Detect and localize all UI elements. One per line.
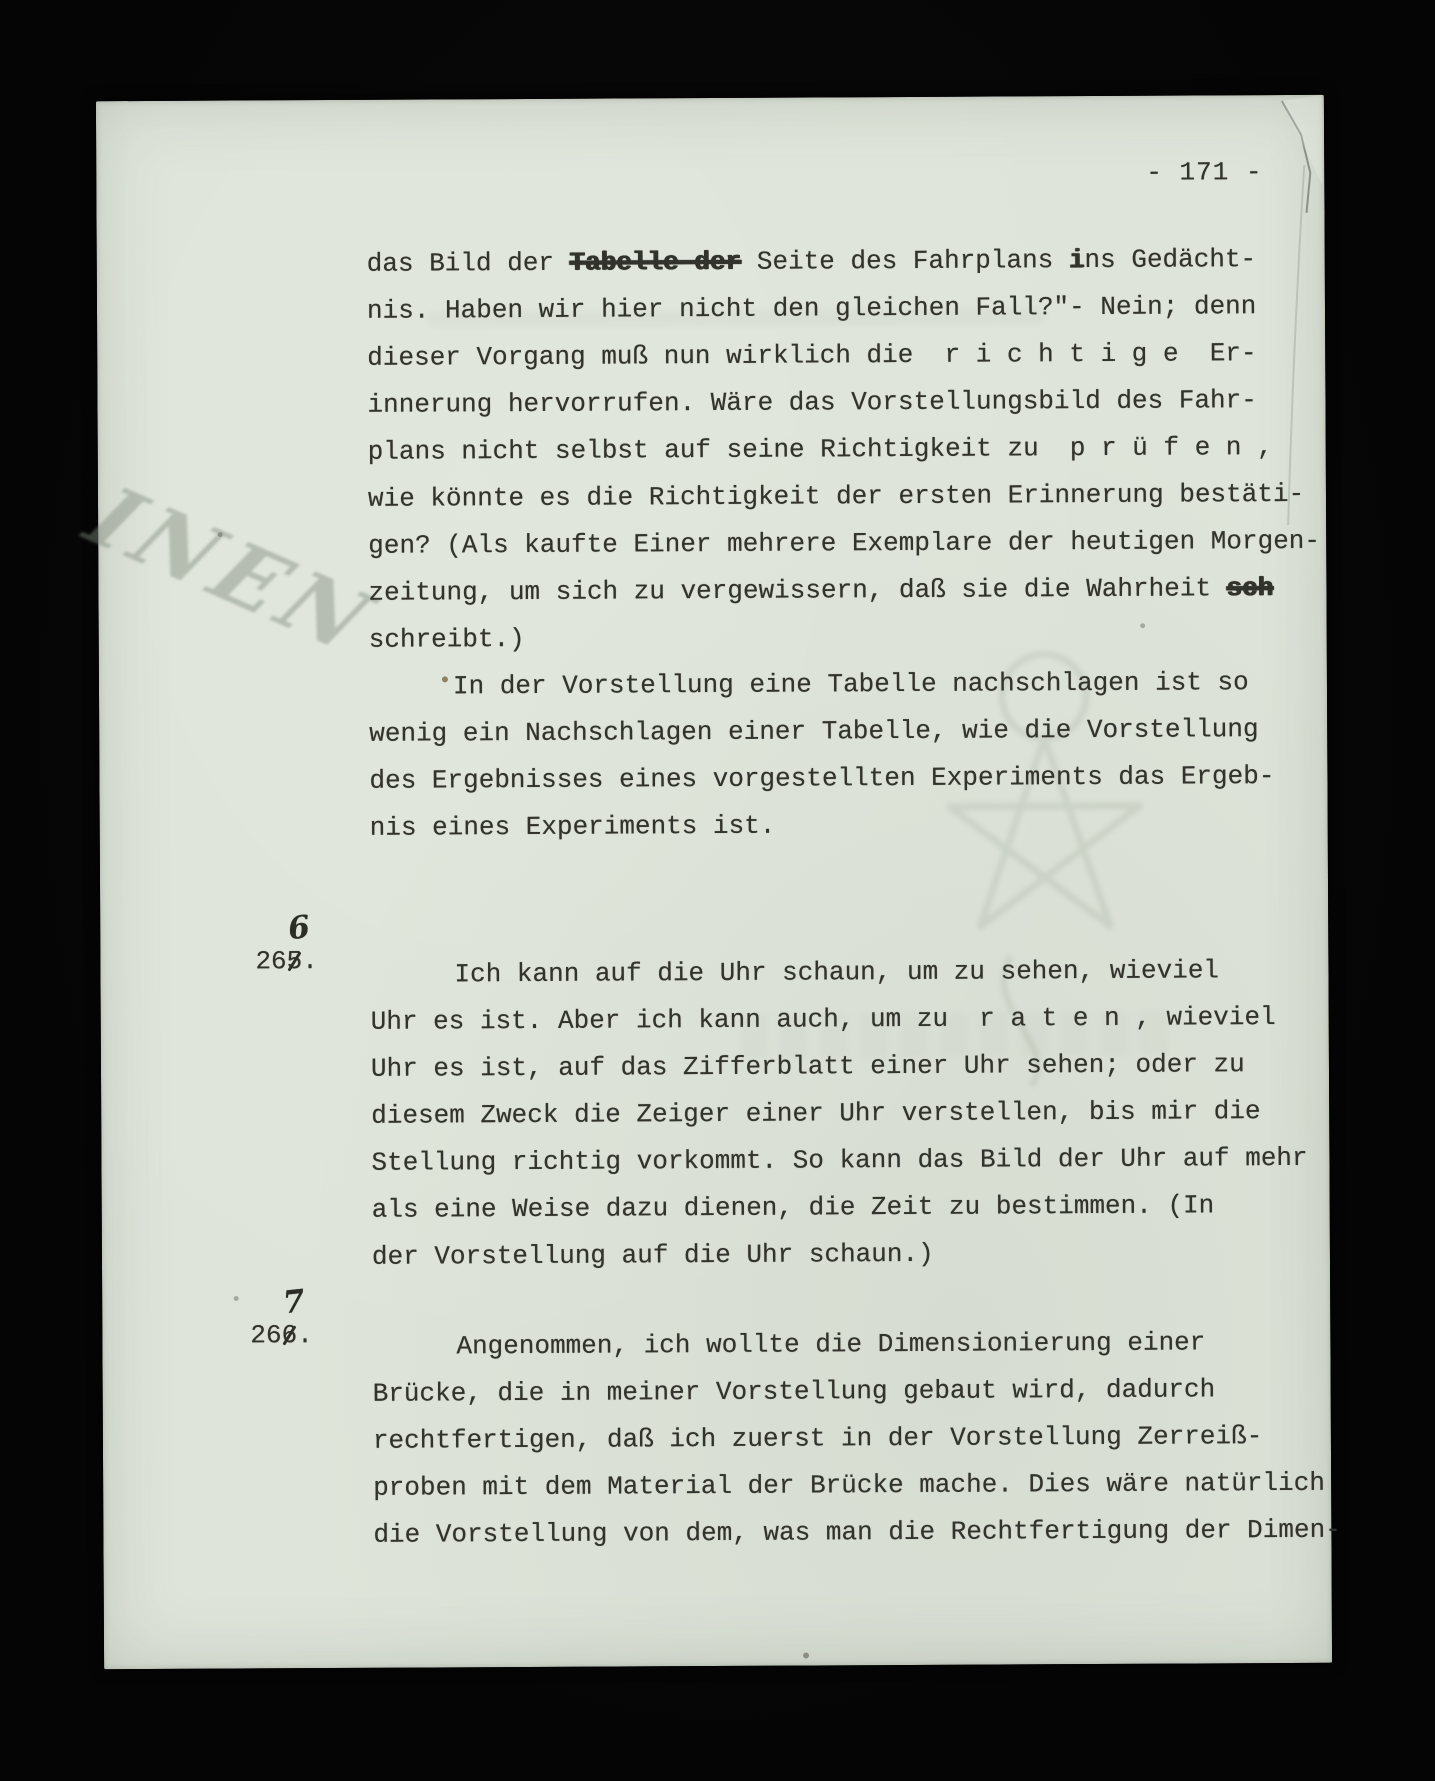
- text-segment: schreibt.): [369, 624, 525, 655]
- text-line: das Bild der Tabelle der Seite des Fahrp…: [367, 236, 1327, 288]
- text-line: als eine Weise dazu dienen, die Zeit zu …: [372, 1182, 1332, 1234]
- text-segment: Seite des Fahrplans: [741, 245, 1069, 277]
- text-line: Ich kann auf die Uhr schaun, um zu sehen…: [370, 947, 1330, 999]
- text-line: des Ergebnisses eines vorgestellten Expe…: [369, 753, 1329, 805]
- text-segment: diesem Zweck die Zeiger einer Uhr verste…: [371, 1096, 1261, 1131]
- text-segment: innerung hervorrufen. Wäre das Vorstellu…: [367, 385, 1257, 420]
- dust-specks: [96, 101, 100, 105]
- text-line: Stellung richtig vorkommt. So kann das B…: [371, 1135, 1331, 1187]
- struck-digit: 5: [287, 946, 303, 976]
- text-segment: nis. Haben wir hier nicht den gleichen F…: [367, 291, 1257, 326]
- text-segment: gen? (Als kaufte Einer mehrere Exemplare…: [368, 526, 1320, 561]
- page-number: - 171 -: [1146, 157, 1262, 188]
- text-segment: die Vorstellung von dem, was man die Rec…: [373, 1515, 1341, 1550]
- text-segment: als eine Weise dazu dienen, die Zeit zu …: [372, 1190, 1215, 1224]
- text-segment: Brücke, die in meiner Vorstellung gebaut…: [373, 1374, 1216, 1408]
- text-line: die Vorstellung von dem, was man die Rec…: [373, 1507, 1333, 1559]
- typescript-text: das Bild der Tabelle der Seite des Fahrp…: [367, 236, 1334, 1559]
- text-segment: In der Vorstellung eine Tabelle nachschl…: [453, 667, 1249, 701]
- struck-text: Tabelle der: [570, 247, 742, 278]
- text-segment: zeitung, um sich zu vergewissern, daß si…: [368, 573, 1226, 607]
- text-line: gen? (Als kaufte Einer mehrere Exemplare…: [368, 518, 1328, 570]
- text-segment: Uhr es ist. Aber ich kann auch, um zu r …: [371, 1002, 1276, 1037]
- text-segment: Stellung richtig vorkommt. So kann das B…: [371, 1143, 1307, 1178]
- text-segment: das Bild der: [367, 248, 570, 279]
- text-line: diesem Zweck die Zeiger einer Uhr verste…: [371, 1088, 1331, 1140]
- text-line: proben mit dem Material der Brücke mache…: [373, 1460, 1333, 1512]
- text-segment: dieser Vorgang muß nun wirklich die r i …: [367, 338, 1257, 373]
- text-line: In der Vorstellung eine Tabelle nachschl…: [369, 659, 1329, 711]
- text-segment: wie könnte es die Richtigkeit der ersten…: [368, 479, 1304, 514]
- overtype-text: i: [1069, 245, 1085, 275]
- text-line: Uhr es ist. Aber ich kann auch, um zu r …: [371, 994, 1331, 1046]
- text-line: Uhr es ist, auf das Zifferblatt einer Uh…: [371, 1041, 1331, 1093]
- text-line: nis eines Experiments ist.: [370, 800, 1330, 852]
- text-segment: plans nicht selbst auf seine Richtigkeit…: [368, 432, 1273, 467]
- margin-note-266: 7 266.: [250, 1320, 313, 1350]
- margin-note-265: 6 265.: [255, 946, 318, 976]
- text-segment: Angenommen, ich wollte die Dimensionieru…: [456, 1327, 1205, 1361]
- text-segment: wenig ein Nachschlagen einer Tabelle, wi…: [369, 714, 1259, 749]
- text-line: zeitung, um sich zu vergewissern, daß si…: [368, 565, 1328, 617]
- text-line: der Vorstellung auf die Uhr schaun.): [372, 1229, 1332, 1281]
- text-line: schreibt.): [369, 612, 1329, 664]
- text-segment: proben mit dem Material der Brücke mache…: [373, 1468, 1325, 1503]
- section-number-prefix: 26: [250, 1320, 281, 1350]
- section-number-period: .: [302, 946, 318, 976]
- text-segment: rechtfertigen, daß ich zuerst in der Vor…: [373, 1421, 1263, 1456]
- document-page: INEN - 171 - 6 265. 7 266. das Bild der …: [96, 95, 1332, 1669]
- text-segment: des Ergebnisses eines vorgestellten Expe…: [369, 761, 1274, 796]
- scan-background: INEN - 171 - 6 265. 7 266. das Bild der …: [0, 0, 1435, 1781]
- text-line: innerung hervorrufen. Wäre das Vorstellu…: [367, 377, 1327, 429]
- text-line: Angenommen, ich wollte die Dimensionieru…: [372, 1319, 1332, 1371]
- text-line: nis. Haben wir hier nicht den gleichen F…: [367, 283, 1327, 335]
- struck-digit: 6: [282, 1320, 298, 1350]
- handwritten-digit: 7: [281, 1283, 306, 1321]
- section-number-period: .: [297, 1320, 313, 1350]
- text-line: plans nicht selbst auf seine Richtigkeit…: [368, 424, 1328, 476]
- struck-text: sch: [1227, 573, 1274, 603]
- text-segment: der Vorstellung auf die Uhr schaun.): [372, 1239, 934, 1272]
- text-line: Brücke, die in meiner Vorstellung gebaut…: [373, 1366, 1333, 1418]
- text-line: rechtfertigen, daß ich zuerst in der Vor…: [373, 1413, 1333, 1465]
- show-through-watermark: INEN: [68, 469, 395, 673]
- typed-section-number: 266.: [250, 1320, 313, 1350]
- text-segment: ns Gedächt-: [1084, 244, 1256, 275]
- text-segment: Ich kann auf die Uhr schaun, um zu sehen…: [454, 955, 1219, 989]
- text-line: dieser Vorgang muß nun wirklich die r i …: [367, 330, 1327, 382]
- text-line: wie könnte es die Richtigkeit der ersten…: [368, 471, 1328, 523]
- text-segment: Uhr es ist, auf das Zifferblatt einer Uh…: [371, 1049, 1245, 1084]
- typed-section-number: 265.: [255, 946, 318, 976]
- text-line: wenig ein Nachschlagen einer Tabelle, wi…: [369, 706, 1329, 758]
- handwritten-digit: 6: [286, 909, 311, 947]
- text-segment: nis eines Experiments ist.: [370, 811, 776, 843]
- section-number-prefix: 26: [255, 946, 286, 976]
